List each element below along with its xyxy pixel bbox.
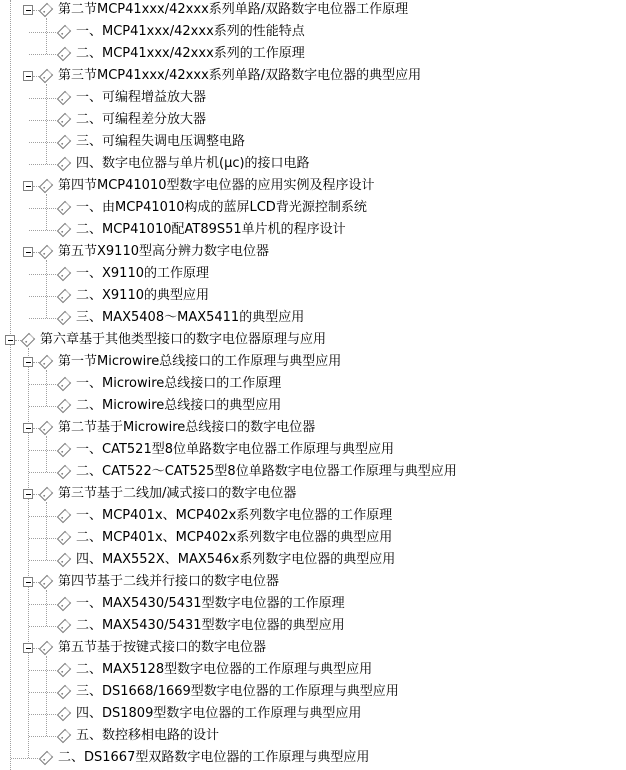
bookmark-tag-icon <box>56 464 72 480</box>
tree-node-label: 二、MAX5430/5431型数字电位器的典型应用 <box>76 615 345 637</box>
tree-node-label: 一、CAT521型8位单路数字电位器工作原理与典型应用 <box>76 439 394 461</box>
bookmark-tag-icon <box>38 640 54 656</box>
bookmark-tag-icon <box>56 156 72 172</box>
tree-node-item[interactable]: 二、MCP41xxx/42xxx系列的工作原理 <box>0 43 626 65</box>
bookmark-tag-icon <box>56 398 72 414</box>
bookmark-tag-icon <box>56 134 72 150</box>
tree-node-label: 一、MCP41xxx/42xxx系列的性能特点 <box>76 21 305 43</box>
collapse-minus-icon[interactable] <box>23 247 33 257</box>
tree-node-chapter[interactable]: 第六章基于其他类型接口的数字电位器原理与应用 <box>0 329 626 351</box>
bookmark-tag-icon <box>56 442 72 458</box>
collapse-minus-icon[interactable] <box>23 71 33 81</box>
tree-node-label: 一、由MCP41010构成的蓝屏LCD背光源控制系统 <box>76 197 367 219</box>
tree-node-section[interactable]: 第五节基于按键式接口的数字电位器 <box>0 637 626 659</box>
bookmark-tag-icon <box>56 288 72 304</box>
tree-node-item[interactable]: 二、可编程差分放大器 <box>0 109 626 131</box>
tree-node-label: 第五节X9110型高分辨力数字电位器 <box>58 241 269 263</box>
collapse-minus-icon[interactable] <box>23 643 33 653</box>
tree-node-item[interactable]: 一、可编程增益放大器 <box>0 87 626 109</box>
tree-node-label: 第三节MCP41xxx/42xxx系列单路/双路数字电位器的典型应用 <box>58 65 421 87</box>
bookmark-tag-icon <box>56 112 72 128</box>
table-of-contents-tree[interactable]: 第二节MCP41xxx/42xxx系列单路/双路数字电位器工作原理一、MCP41… <box>0 0 626 770</box>
bookmark-tag-icon <box>56 508 72 524</box>
tree-node-label: 一、MCP401x、MCP402x系列数字电位器的工作原理 <box>76 505 392 527</box>
tree-node-label: 一、可编程增益放大器 <box>76 87 206 109</box>
bookmark-tag-icon <box>20 332 36 348</box>
tree-node-label: 三、可编程失调电压调整电路 <box>76 131 245 153</box>
tree-node-item[interactable]: 一、由MCP41010构成的蓝屏LCD背光源控制系统 <box>0 197 626 219</box>
bookmark-tag-icon <box>38 2 54 18</box>
tree-node-item[interactable]: 三、MAX5408～MAX5411的典型应用 <box>0 307 626 329</box>
tree-node-label: 二、CAT522～CAT525型8位单路数字电位器工作原理与典型应用 <box>76 461 457 483</box>
tree-node-section[interactable]: 第五节X9110型高分辨力数字电位器 <box>0 241 626 263</box>
collapse-minus-icon[interactable] <box>23 357 33 367</box>
tree-node-label: 五、数控移相电路的设计 <box>76 725 219 747</box>
collapse-minus-icon[interactable] <box>23 5 33 15</box>
tree-node-label: 第二节基于Microwire总线接口的数字电位器 <box>58 417 315 439</box>
tree-node-item[interactable]: 二、MAX5128型数字电位器的工作原理与典型应用 <box>0 659 626 681</box>
tree-node-section[interactable]: 第三节基于二线加/减式接口的数字电位器 <box>0 483 626 505</box>
bookmark-tag-icon <box>56 684 72 700</box>
tree-node-label: 四、数字电位器与单片机(μc)的接口电路 <box>76 153 310 175</box>
tree-node-item[interactable]: 一、Microwire总线接口的工作原理 <box>0 373 626 395</box>
tree-node-item[interactable]: 二、MCP401x、MCP402x系列数字电位器的典型应用 <box>0 527 626 549</box>
tree-node-label: 二、MCP401x、MCP402x系列数字电位器的典型应用 <box>76 527 392 549</box>
bookmark-tag-icon <box>56 46 72 62</box>
bookmark-tag-icon <box>38 354 54 370</box>
tree-node-item[interactable]: 一、X9110的工作原理 <box>0 263 626 285</box>
bookmark-tag-icon <box>38 486 54 502</box>
tree-node-item[interactable]: 二、X9110的典型应用 <box>0 285 626 307</box>
collapse-minus-icon[interactable] <box>23 489 33 499</box>
bookmark-tag-icon <box>56 706 72 722</box>
tree-node-item[interactable]: 三、可编程失调电压调整电路 <box>0 131 626 153</box>
tree-node-section[interactable]: 第一节Microwire总线接口的工作原理与典型应用 <box>0 351 626 373</box>
tree-node-item[interactable]: 二、Microwire总线接口的典型应用 <box>0 395 626 417</box>
tree-node-label: 二、可编程差分放大器 <box>76 109 206 131</box>
tree-node-item[interactable]: 四、数字电位器与单片机(μc)的接口电路 <box>0 153 626 175</box>
tree-node-item[interactable]: 五、数控移相电路的设计 <box>0 725 626 747</box>
tree-node-label: 第六章基于其他类型接口的数字电位器原理与应用 <box>40 329 326 351</box>
bookmark-tag-icon <box>38 574 54 590</box>
tree-node-item[interactable]: 一、MCP41xxx/42xxx系列的性能特点 <box>0 21 626 43</box>
tree-node-item[interactable]: 二、MCP41010配AT89S51单片机的程序设计 <box>0 219 626 241</box>
tree-node-label: 一、Microwire总线接口的工作原理 <box>76 373 281 395</box>
tree-node-label: 第四节MCP41010型数字电位器的应用实例及程序设计 <box>58 175 375 197</box>
bookmark-tag-icon <box>56 200 72 216</box>
collapse-minus-icon[interactable] <box>23 423 33 433</box>
tree-node-section[interactable]: 第二节基于Microwire总线接口的数字电位器 <box>0 417 626 439</box>
bookmark-tag-icon <box>38 244 54 260</box>
bookmark-tag-icon <box>56 530 72 546</box>
tree-node-item[interactable]: 四、DS1809型数字电位器的工作原理与典型应用 <box>0 703 626 725</box>
tree-node-label: 第三节基于二线加/减式接口的数字电位器 <box>58 483 296 505</box>
bookmark-tag-icon <box>56 728 72 744</box>
bookmark-tag-icon <box>56 662 72 678</box>
bookmark-tag-icon <box>38 178 54 194</box>
tree-node-section[interactable]: 第二节MCP41xxx/42xxx系列单路/双路数字电位器工作原理 <box>0 0 626 21</box>
tree-node-label: 一、X9110的工作原理 <box>76 263 209 285</box>
tree-node-label: 二、MCP41010配AT89S51单片机的程序设计 <box>76 219 346 241</box>
bookmark-tag-icon <box>56 24 72 40</box>
bookmark-tag-icon <box>38 420 54 436</box>
tree-node-label: 第二节MCP41xxx/42xxx系列单路/双路数字电位器工作原理 <box>58 0 408 21</box>
tree-node-item[interactable]: 三、DS1668/1669型数字电位器的工作原理与典型应用 <box>0 681 626 703</box>
tree-node-label: 四、MAX552X、MAX546x系列数字电位器的典型应用 <box>76 549 395 571</box>
bookmark-tag-icon <box>56 552 72 568</box>
collapse-minus-icon[interactable] <box>5 335 15 345</box>
bookmark-tag-icon <box>56 618 72 634</box>
tree-node-label: 第一节Microwire总线接口的工作原理与典型应用 <box>58 351 341 373</box>
tree-node-label: 二、Microwire总线接口的典型应用 <box>76 395 281 417</box>
tree-node-item[interactable]: 四、MAX552X、MAX546x系列数字电位器的典型应用 <box>0 549 626 571</box>
tree-node-section[interactable]: 第四节MCP41010型数字电位器的应用实例及程序设计 <box>0 175 626 197</box>
bookmark-tag-icon <box>56 376 72 392</box>
collapse-minus-icon[interactable] <box>23 577 33 587</box>
tree-node-section[interactable]: 第四节基于二线并行接口的数字电位器 <box>0 571 626 593</box>
tree-node-section[interactable]: 第三节MCP41xxx/42xxx系列单路/双路数字电位器的典型应用 <box>0 65 626 87</box>
tree-node-label: 二、MCP41xxx/42xxx系列的工作原理 <box>76 43 305 65</box>
bookmark-tag-icon <box>56 222 72 238</box>
tree-node-item[interactable]: 二、DS1667型双路数字电位器的工作原理与典型应用 <box>0 747 626 769</box>
tree-node-label: 三、MAX5408～MAX5411的典型应用 <box>76 307 304 329</box>
bookmark-tag-icon <box>56 310 72 326</box>
tree-node-label: 二、X9110的典型应用 <box>76 285 209 307</box>
tree-node-label: 二、MAX5128型数字电位器的工作原理与典型应用 <box>76 659 372 681</box>
tree-node-label: 二、DS1667型双路数字电位器的工作原理与典型应用 <box>58 747 369 769</box>
tree-node-item[interactable]: 二、CAT522～CAT525型8位单路数字电位器工作原理与典型应用 <box>0 461 626 483</box>
tree-node-label: 第四节基于二线并行接口的数字电位器 <box>58 571 279 593</box>
tree-node-item[interactable]: 一、CAT521型8位单路数字电位器工作原理与典型应用 <box>0 439 626 461</box>
bookmark-tag-icon <box>56 266 72 282</box>
tree-node-label: 四、DS1809型数字电位器的工作原理与典型应用 <box>76 703 361 725</box>
tree-node-item[interactable]: 一、MCP401x、MCP402x系列数字电位器的工作原理 <box>0 505 626 527</box>
tree-node-label: 三、DS1668/1669型数字电位器的工作原理与典型应用 <box>76 681 399 703</box>
tree-node-item[interactable]: 一、MAX5430/5431型数字电位器的工作原理 <box>0 593 626 615</box>
tree-node-label: 一、MAX5430/5431型数字电位器的工作原理 <box>76 593 345 615</box>
tree-node-label: 第五节基于按键式接口的数字电位器 <box>58 637 266 659</box>
bookmark-tag-icon <box>38 750 54 766</box>
bookmark-tag-icon <box>56 90 72 106</box>
tree-node-item[interactable]: 二、MAX5430/5431型数字电位器的典型应用 <box>0 615 626 637</box>
collapse-minus-icon[interactable] <box>23 181 33 191</box>
bookmark-tag-icon <box>56 596 72 612</box>
bookmark-tag-icon <box>38 68 54 84</box>
